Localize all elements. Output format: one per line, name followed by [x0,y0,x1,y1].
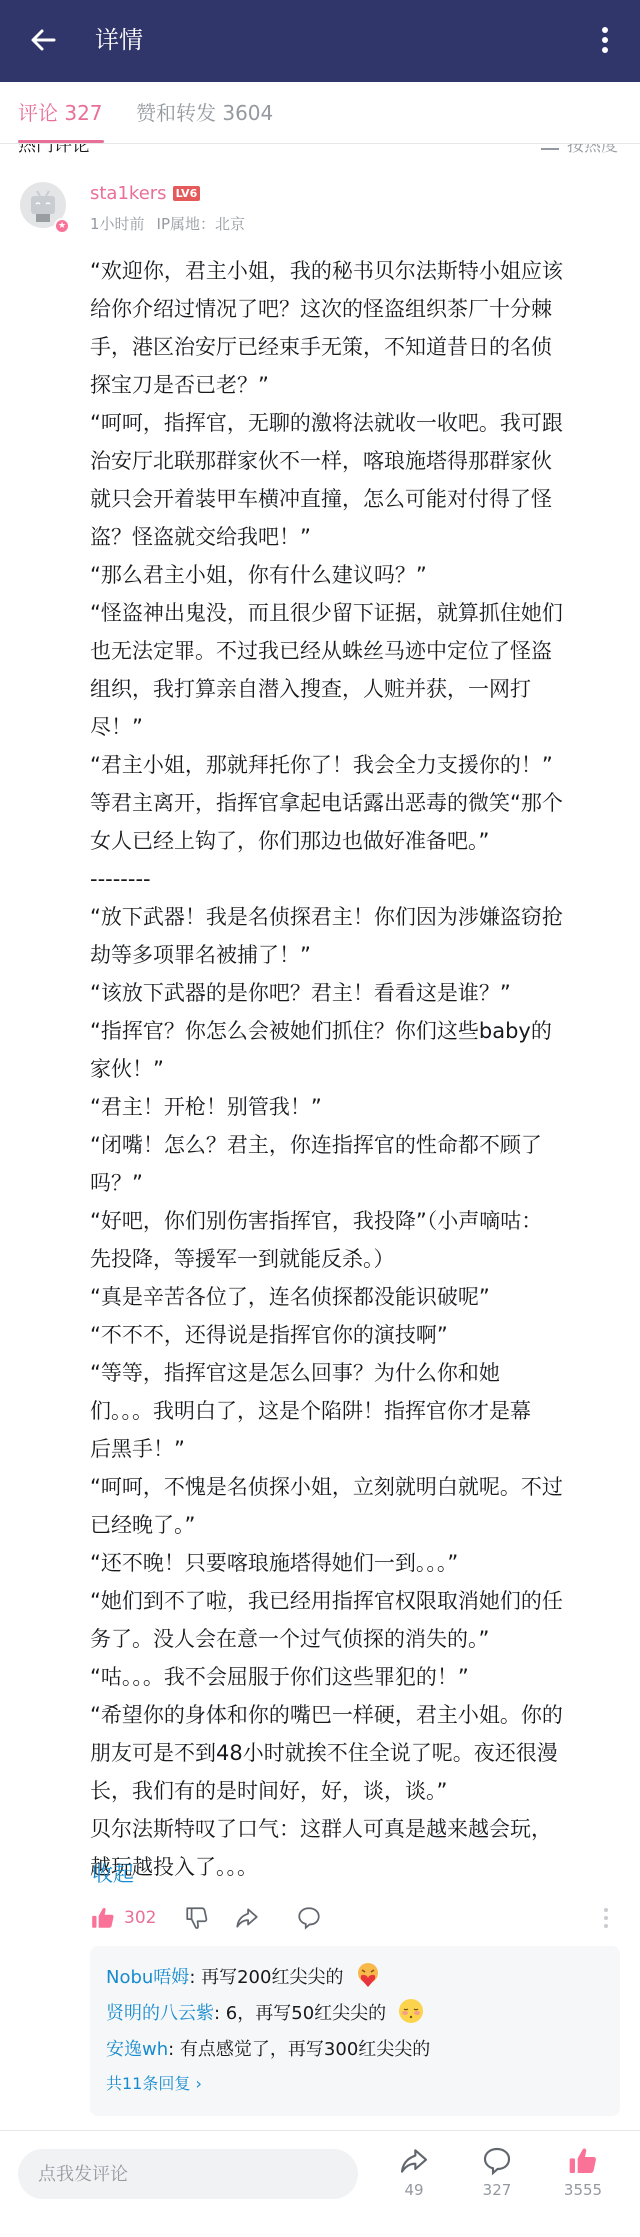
tab-bar: 评论 327 赞和转发 3604 [0,82,640,144]
comment-line: 尽！” [90,708,620,746]
comment-line: 后黑手！” [90,1430,620,1468]
comment-line: 们。。。我明白了，这是个陷阱！指挥官你才是幕 [90,1392,620,1430]
comment-post-button[interactable]: 327 [467,2145,527,2201]
reply-button[interactable] [296,1904,322,1932]
comment-line: 务了。没人会在意一个过气侦探的消失的。” [90,1620,620,1658]
comment-line: 也无法定罪。不过我已经从蛛丝马迹中定位了怪盗 [90,632,620,670]
comment-line: 越玩越投入了。。。 [90,1848,620,1886]
collapse-link[interactable]: 收起 [92,1858,134,1890]
ip-location: IP属地：北京 [157,215,245,233]
comment-line: 家伙！” [90,1050,620,1088]
avatar[interactable]: ★ [20,182,66,228]
comment-input-box[interactable] [18,2149,358,2199]
page-title: 详情 [95,22,143,58]
reply-text: : 再写200红尖尖的 [189,1967,343,1988]
comment-count: 327 [467,2179,527,2201]
more-options-icon[interactable] [603,1906,609,1930]
comment-line: 治安厅北联那群家伙不一样，喀琅施塔得那群家伙 [90,442,620,480]
dislike-button[interactable] [184,1904,210,1932]
comment-line: “好吧，你们别伤害指挥官，我投降”（小声嘀咕： [90,1202,620,1240]
comment-input[interactable] [18,2149,358,2199]
comment-line: “真是辛苦各位了，连名侦探都没能识破呢” [90,1278,620,1316]
share-count: 49 [384,2179,444,2201]
sort-label: 按热度 [567,144,618,156]
arrow-left-icon[interactable] [26,22,62,58]
reply-author[interactable]: Nobu唔姆 [106,1967,189,1988]
like-count: 302 [124,1908,156,1928]
hug-heart-emoji-icon [355,1962,381,1988]
comment-icon [296,1905,322,1931]
reply-text: : 6，再写50红尖尖的 [214,2003,386,2024]
comment-line: “她们到不了啦，我已经用指挥官权限取消她们的任 [90,1582,620,1620]
comment-actions: 302 [90,1900,620,1936]
comment-line: 劫等多项罪名被捕了！” [90,936,620,974]
reply-item[interactable]: 贤明的八云紫: 6，再写50红尖尖的 [106,1996,604,2032]
comment-line: “呵呵，不愧是名侦探小姐，立刻就明白就呢。不过 [90,1468,620,1506]
comment-line: “呵呵，指挥官，无聊的激将法就收一收吧。我可跟 [90,404,620,442]
comment-line: “该放下武器的是你吧？君主！看看这是谁？” [90,974,620,1012]
comment-line: 长，我们有的是时间好，好，谈，谈。” [90,1772,620,1810]
comment-line: “君主小姐，那就拜托你了！我会全力支援你的！” [90,746,620,784]
view-all-replies-link[interactable]: 共11条回复 › [106,2068,604,2100]
reply-preview-box[interactable]: Nobu唔姆: 再写200红尖尖的 贤明的八云紫: 6，再写50红尖尖的 安逸w… [90,1946,620,2116]
comment-line: “放下武器！我是名侦探君主！你们因为涉嫌盗窃抢 [90,898,620,936]
bottom-bar: 49 327 3555 [0,2130,640,2237]
tab-likes-reposts[interactable]: 赞和转发 3604 [136,98,273,128]
comment-meta: 1小时前IP属地：北京 [90,214,245,234]
comment-time: 1小时前 [90,215,145,233]
like-button[interactable]: 302 [90,1904,156,1932]
comment-icon [481,2145,513,2177]
shy-face-emoji-icon [398,1998,424,2024]
comment-line: “欢迎你，君主小姐，我的秘书贝尔法斯特小姐应该 [90,252,620,290]
comment-line: “等等，指挥官这是怎么回事？为什么你和她 [90,1354,620,1392]
reply-item[interactable]: Nobu唔姆: 再写200红尖尖的 [106,1960,604,1996]
level-badge: LV6 [173,186,201,201]
sort-icon [541,144,559,150]
comment-line: “那么君主小姐，你有什么建议吗？” [90,556,620,594]
share-icon [234,1905,260,1931]
comment-author[interactable]: sta1kersLV6 [90,182,200,206]
comment-line: 先投降，等援军一到就能反杀。） [90,1240,620,1278]
section-header: 热门评论 按热度 [0,144,640,158]
reply-author[interactable]: 贤明的八云紫 [106,2003,214,2024]
comment-line: “咕。。。我不会屈服于你们这些罪犯的！” [90,1658,620,1696]
comment-line: “还不晚！只要喀琅施塔得她们一到。。。” [90,1544,620,1582]
verified-badge-icon: ★ [54,218,70,234]
active-tab-indicator [18,140,104,143]
comment-line: 女人已经上钩了，你们那边也做好准备吧。” [90,822,620,860]
comment-line: 等君主离开，指挥官拿起电话露出恶毒的微笑“那个 [90,784,620,822]
username[interactable]: sta1kers [90,183,167,204]
reply-item[interactable]: 安逸wh: 有点感觉了，再写300红尖尖的 [106,2032,604,2068]
comment-line: 盗？怪盗就交给我吧！” [90,518,620,556]
comment-line: 就只会开着装甲车横冲直撞，怎么可能对付得了怪 [90,480,620,518]
thumbs-up-icon [567,2145,599,2177]
comment-line: 探宝刀是否已老？” [90,366,620,404]
comment-line: 贝尔法斯特叹了口气：这群人可真是越来越会玩， [90,1810,620,1848]
comment-line: 组织，我打算亲自潜入搜查，人赃并获，一网打 [90,670,620,708]
comment-line: 朋友可是不到48小时就挨不住全说了呢。夜还很漫 [90,1734,620,1772]
comment-line: “不不不，还得说是指挥官你的演技啊” [90,1316,620,1354]
comment-line: 已经晚了。” [90,1506,620,1544]
comment-line: “闭嘴！怎么？君主，你连指挥官的性命都不顾了 [90,1126,620,1164]
thumbs-down-icon [184,1905,210,1931]
like-count: 3555 [553,2179,613,2201]
comment-line: “指挥官？你怎么会被她们抓住？你们这些baby的 [90,1012,620,1050]
comment-line: 吗？” [90,1164,620,1202]
reply-author[interactable]: 安逸wh [106,2039,168,2060]
share-post-button[interactable]: 49 [384,2145,444,2201]
thumbs-up-icon [90,1905,116,1931]
share-button[interactable] [234,1904,260,1932]
like-post-button[interactable]: 3555 [553,2145,613,2201]
share-icon [398,2145,430,2177]
section-title: 热门评论 [18,144,90,157]
comment-line: “君主！开枪！别管我！” [90,1088,620,1126]
comment-line: -------- [90,860,620,898]
comment-line: “怪盗神出鬼没，而且很少留下证据，就算抓住她们 [90,594,620,632]
comment-line: 手，港区治安厅已经束手无策，不知道昔日的名侦 [90,328,620,366]
top-bar: 详情 [0,0,640,82]
more-vertical-icon[interactable] [598,22,612,58]
comment-line: “希望你的身体和你的嘴巴一样硬，君主小姐。你的 [90,1696,620,1734]
reply-text: : 有点感觉了，再写300红尖尖的 [168,2039,430,2060]
comment-body: “欢迎你，君主小姐，我的秘书贝尔法斯特小姐应该给你介绍过情况了吧？这次的怪盗组织… [90,252,620,1886]
tab-comments[interactable]: 评论 327 [18,98,103,128]
sort-button[interactable]: 按热度 [541,144,618,157]
comment-line: 给你介绍过情况了吧？这次的怪盗组织茶厂十分棘 [90,290,620,328]
